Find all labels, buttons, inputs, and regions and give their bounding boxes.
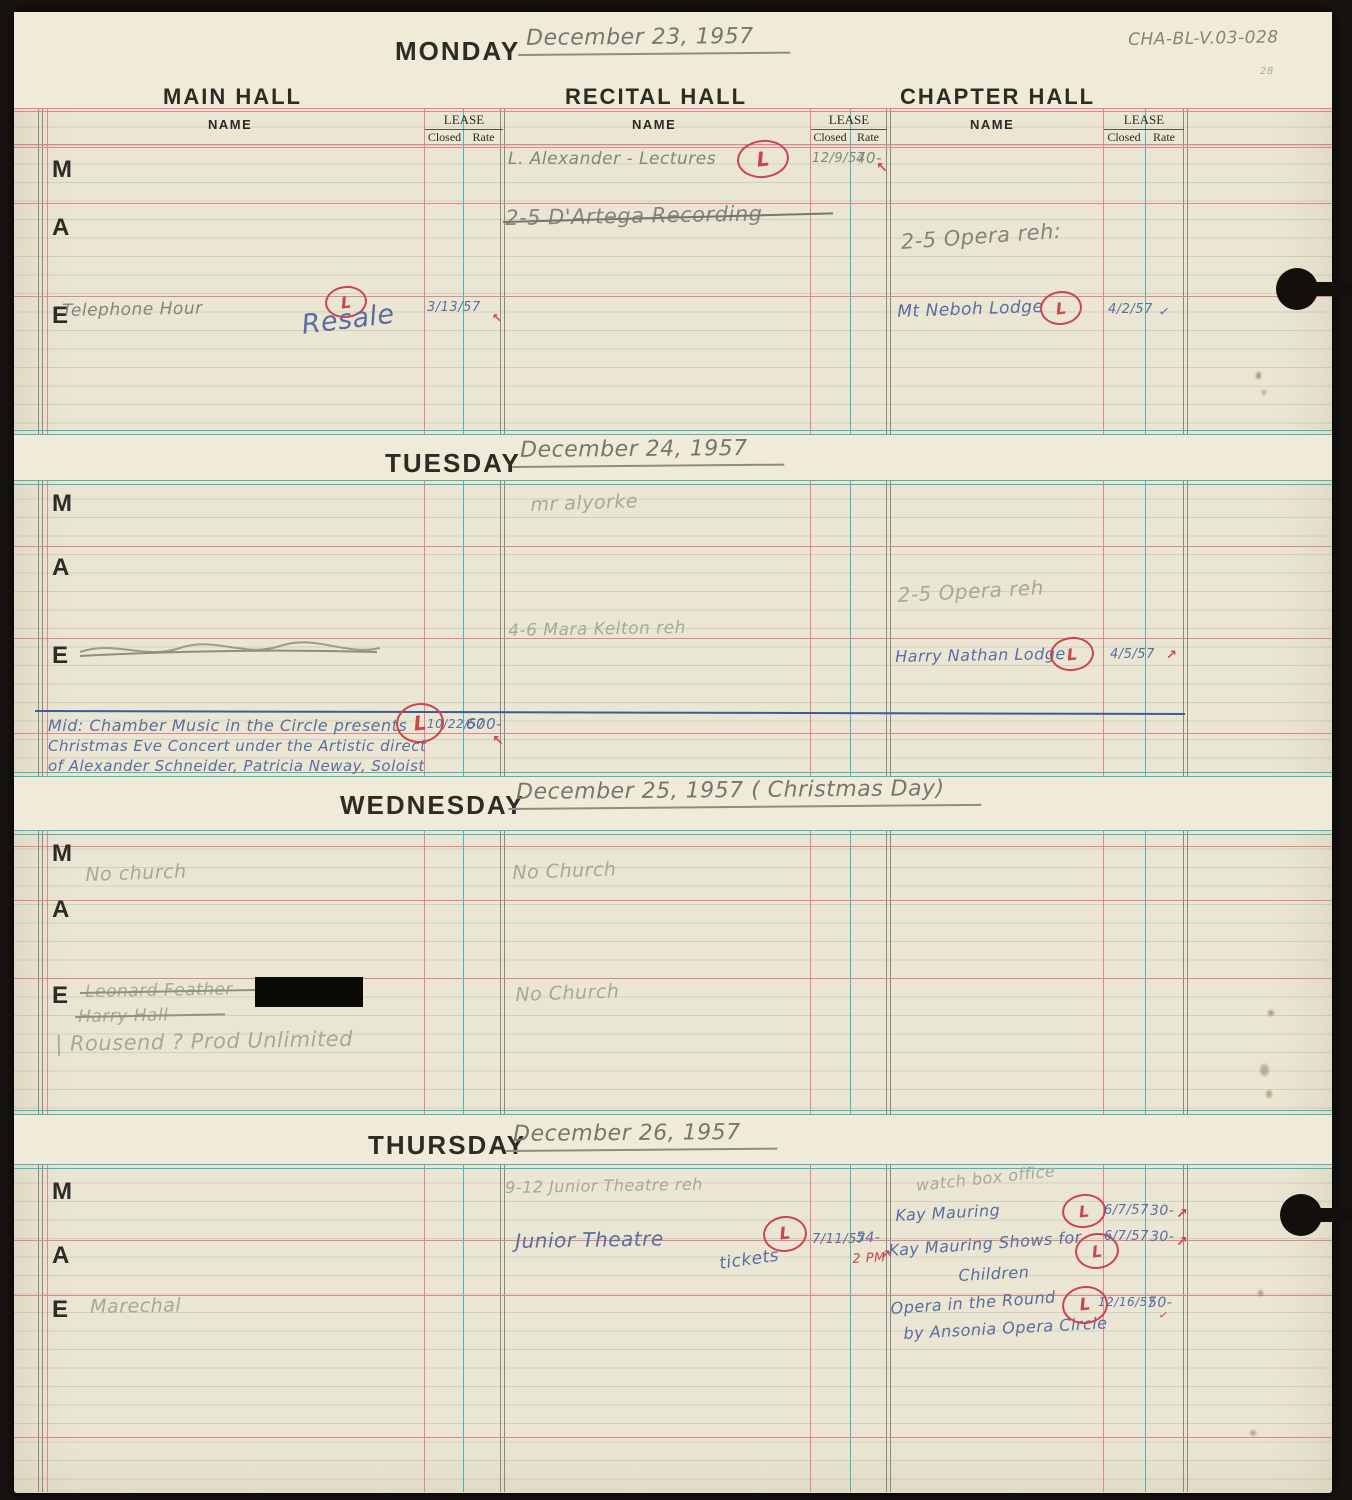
stain — [1250, 1430, 1256, 1436]
paper-sheet — [14, 12, 1332, 1493]
band-thursday — [14, 1114, 1332, 1164]
stain — [1258, 1290, 1263, 1296]
band-wednesday — [14, 776, 1332, 830]
band-tuesday — [14, 434, 1332, 480]
stain — [1256, 372, 1261, 379]
stain — [1260, 1064, 1269, 1076]
hole-punch-bottom-stem — [1304, 1208, 1352, 1222]
stain — [1268, 1010, 1274, 1016]
band-monday — [14, 12, 1332, 108]
stain — [1266, 1090, 1272, 1098]
ledger-scan-page: { "page": { "ref_number": "CHA-BL-V.03-0… — [0, 0, 1352, 1500]
hole-punch-top-stem — [1300, 282, 1352, 296]
stain — [1262, 390, 1266, 395]
